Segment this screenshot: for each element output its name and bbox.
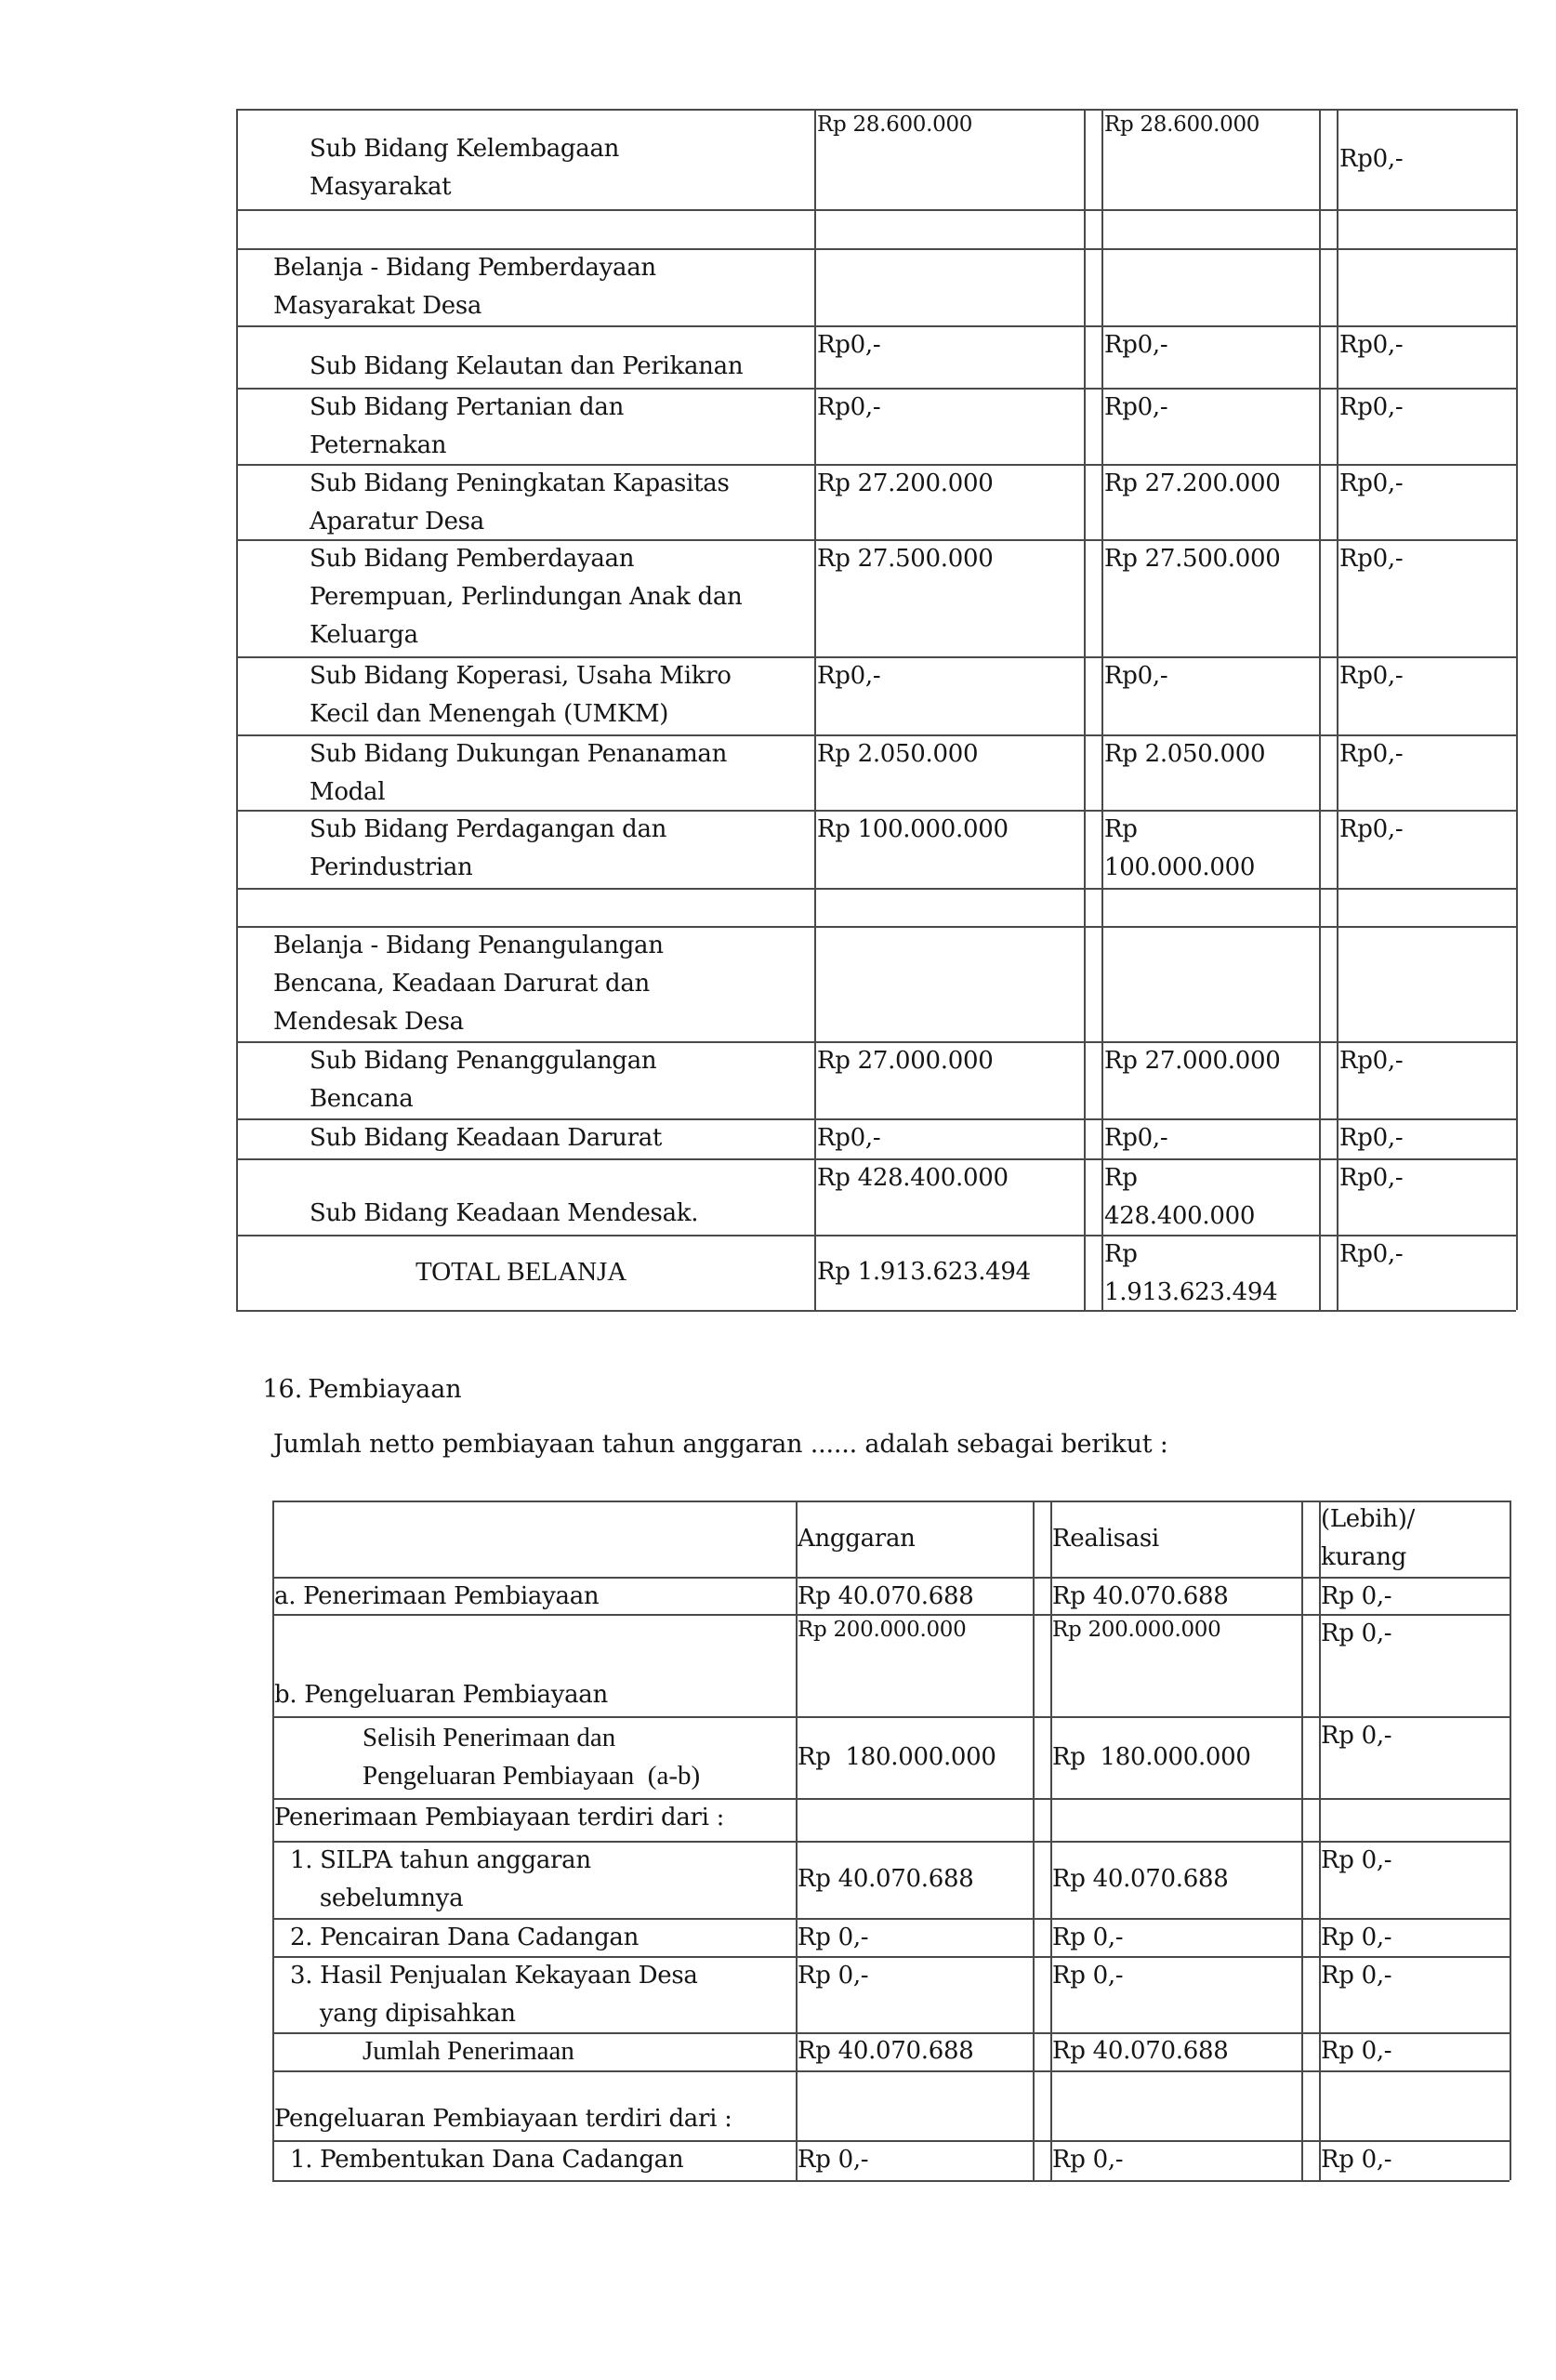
anggaran-value: Rp 2.050.000: [817, 735, 978, 773]
realisasi-value: Rp0,-: [1104, 389, 1167, 427]
row-label: Sub Bidang Kelembagaan Masyarakat: [310, 130, 619, 206]
selisih-value: Rp0,-: [1339, 540, 1403, 578]
selisih-value: Rp0,-: [1339, 1119, 1403, 1157]
anggaran-value: Rp 40.070.688: [798, 2032, 973, 2070]
row-label: Sub Bidang Pertanian dan Peternakan: [310, 389, 624, 465]
realisasi-value: Rp 40.070.688: [1052, 1578, 1228, 1616]
table-column-divider: [1516, 109, 1518, 1310]
table-row-divider: [236, 1235, 1516, 1236]
anggaran-value: Rp 1.913.623.494: [817, 1253, 1031, 1291]
row-label: 1. Pembentukan Dana Cadangan: [290, 2141, 683, 2179]
table-column-divider: [1301, 1501, 1303, 2180]
row-label: 2. Pencairan Dana Cadangan: [290, 1919, 639, 1957]
row-label: Sub Bidang Koperasi, Usaha Mikro Kecil d…: [310, 657, 732, 734]
row-label: Sub Bidang Peningkatan Kapasitas Aparatu…: [310, 465, 729, 541]
row-label: Sub Bidang Keadaan Darurat: [310, 1119, 662, 1157]
section-intro: Jumlah netto pembiayaan tahun anggaran .…: [273, 1430, 1168, 1459]
table-column-divider: [1319, 109, 1321, 1310]
selisih-value: Rp0,-: [1339, 735, 1403, 773]
selisih-value: Rp0,-: [1339, 140, 1403, 178]
realisasi-value: Rp 28.600.000: [1104, 106, 1259, 144]
anggaran-value: Rp 40.070.688: [798, 1860, 973, 1898]
selisih-value: Rp 0,-: [1321, 2141, 1391, 2179]
table-row-divider: [236, 209, 1516, 211]
selisih-value: Rp0,-: [1339, 1236, 1403, 1274]
selisih-value: Rp0,-: [1339, 326, 1403, 364]
realisasi-value: Rp 2.050.000: [1104, 735, 1265, 773]
anggaran-value: Rp 28.600.000: [817, 106, 972, 144]
section-title: Pembiayaan: [308, 1375, 461, 1404]
anggaran-value: Rp 0,-: [798, 1919, 868, 1957]
realisasi-value: Rp 40.070.688: [1052, 2032, 1228, 2070]
realisasi-value: Rp 180.000.000: [1052, 1739, 1251, 1777]
header-anggaran: Anggaran: [798, 1520, 916, 1558]
selisih-value: Rp0,-: [1339, 1159, 1403, 1197]
row-label: b. Pengeluaran Pembiayaan: [274, 1676, 608, 1714]
table-column-divider: [236, 109, 238, 1310]
row-label: Sub Bidang Keadaan Mendesak.: [310, 1195, 698, 1233]
section-heading: 16.Pembiayaan: [231, 1346, 462, 1433]
table-column-divider: [814, 109, 816, 1310]
row-label: 1. SILPA tahun anggaran sebelumnya: [290, 1842, 591, 1918]
row-label: Belanja - Bidang Pemberdayaan Masyarakat…: [273, 249, 656, 325]
anggaran-value: Rp 200.000.000: [798, 1611, 966, 1649]
selisih-value: Rp 0,-: [1321, 1717, 1391, 1755]
realisasi-value: Rp 27.500.000: [1104, 540, 1280, 578]
realisasi-value: Rp 27.000.000: [1104, 1042, 1280, 1080]
row-label: a. Penerimaan Pembiayaan: [274, 1578, 599, 1616]
selisih-value: Rp 0,-: [1321, 1957, 1391, 1995]
realisasi-value: Rp0,-: [1104, 1119, 1167, 1157]
selisih-value: Rp 0,-: [1321, 2032, 1391, 2070]
row-label: Sub Bidang Pemberdayaan Perempuan, Perli…: [310, 540, 742, 654]
anggaran-value: Rp 428.400.000: [817, 1159, 1009, 1197]
table-column-divider: [1510, 1501, 1511, 2180]
table-row-divider: [236, 1310, 1516, 1312]
realisasi-value: Rp 0,-: [1052, 2141, 1123, 2179]
realisasi-value: Rp 428.400.000: [1104, 1159, 1255, 1236]
anggaran-value: Rp0,-: [817, 326, 880, 364]
selisih-value: Rp 0,-: [1321, 1842, 1391, 1880]
selisih-value: Rp0,-: [1339, 811, 1403, 849]
row-label: Sub Bidang Penanggulangan Bencana: [310, 1042, 656, 1118]
realisasi-value: Rp 200.000.000: [1052, 1611, 1220, 1649]
realisasi-value: Rp 100.000.000: [1104, 811, 1255, 887]
row-label: Pengeluaran Pembiayaan terdiri dari :: [274, 2100, 732, 2138]
anggaran-value: Rp0,-: [817, 389, 880, 427]
table-row-divider: [272, 2180, 1510, 2182]
anggaran-value: Rp 0,-: [798, 1957, 868, 1995]
selisih-value: Rp 0,-: [1321, 1615, 1391, 1653]
row-label: 3. Hasil Penjualan Kekayaan Desa yang di…: [290, 1957, 698, 2033]
section-number: 16.: [262, 1375, 302, 1404]
table-column-divider: [1337, 109, 1338, 1310]
anggaran-value: Rp 27.500.000: [817, 540, 993, 578]
anggaran-value: Rp 180.000.000: [798, 1739, 996, 1777]
table-column-divider: [1101, 109, 1103, 1310]
anggaran-value: Rp 0,-: [798, 2141, 868, 2179]
table-column-divider: [1084, 109, 1086, 1310]
anggaran-value: Rp 40.070.688: [798, 1578, 973, 1616]
realisasi-value: Rp0,-: [1104, 326, 1167, 364]
selisih-value: Rp0,-: [1339, 657, 1403, 695]
row-label: Selisih Penerimaan dan Pengeluaran Pembi…: [363, 1719, 700, 1795]
realisasi-value: Rp0,-: [1104, 657, 1167, 695]
row-label: Penerimaan Pembiayaan terdiri dari :: [274, 1799, 724, 1837]
selisih-value: Rp0,-: [1339, 1042, 1403, 1080]
realisasi-value: Rp 40.070.688: [1052, 1860, 1228, 1898]
anggaran-value: Rp0,-: [817, 1119, 880, 1157]
header-realisasi: Realisasi: [1052, 1520, 1159, 1558]
row-label: Sub Bidang Perdagangan dan Perindustrian: [310, 811, 666, 887]
row-label: Belanja - Bidang Penangulangan Bencana, …: [273, 927, 664, 1041]
document-page: 16.Pembiayaan Jumlah netto pembiayaan ta…: [0, 0, 1556, 2380]
anggaran-value: Rp 100.000.000: [817, 811, 1009, 849]
header-selisih: (Lebih)/ kurang: [1321, 1501, 1415, 1577]
row-label: Jumlah Penerimaan: [363, 2032, 574, 2070]
selisih-value: Rp0,-: [1339, 389, 1403, 427]
row-label: TOTAL BELANJA: [415, 1253, 626, 1291]
selisih-value: Rp 0,-: [1321, 1578, 1391, 1616]
anggaran-value: Rp0,-: [817, 657, 880, 695]
realisasi-value: Rp 27.200.000: [1104, 465, 1280, 503]
selisih-value: Rp0,-: [1339, 465, 1403, 503]
realisasi-value: Rp 1.913.623.494: [1104, 1236, 1277, 1312]
anggaran-value: Rp 27.200.000: [817, 465, 993, 503]
realisasi-value: Rp 0,-: [1052, 1957, 1123, 1995]
anggaran-value: Rp 27.000.000: [817, 1042, 993, 1080]
table-row-divider: [272, 2070, 1510, 2072]
table-row-divider: [236, 888, 1516, 890]
table-column-divider: [1033, 1501, 1035, 2180]
realisasi-value: Rp 0,-: [1052, 1919, 1123, 1957]
row-label: Sub Bidang Kelautan dan Perikanan: [310, 348, 743, 386]
selisih-value: Rp 0,-: [1321, 1919, 1391, 1957]
row-label: Sub Bidang Dukungan Penanaman Modal: [310, 735, 727, 812]
